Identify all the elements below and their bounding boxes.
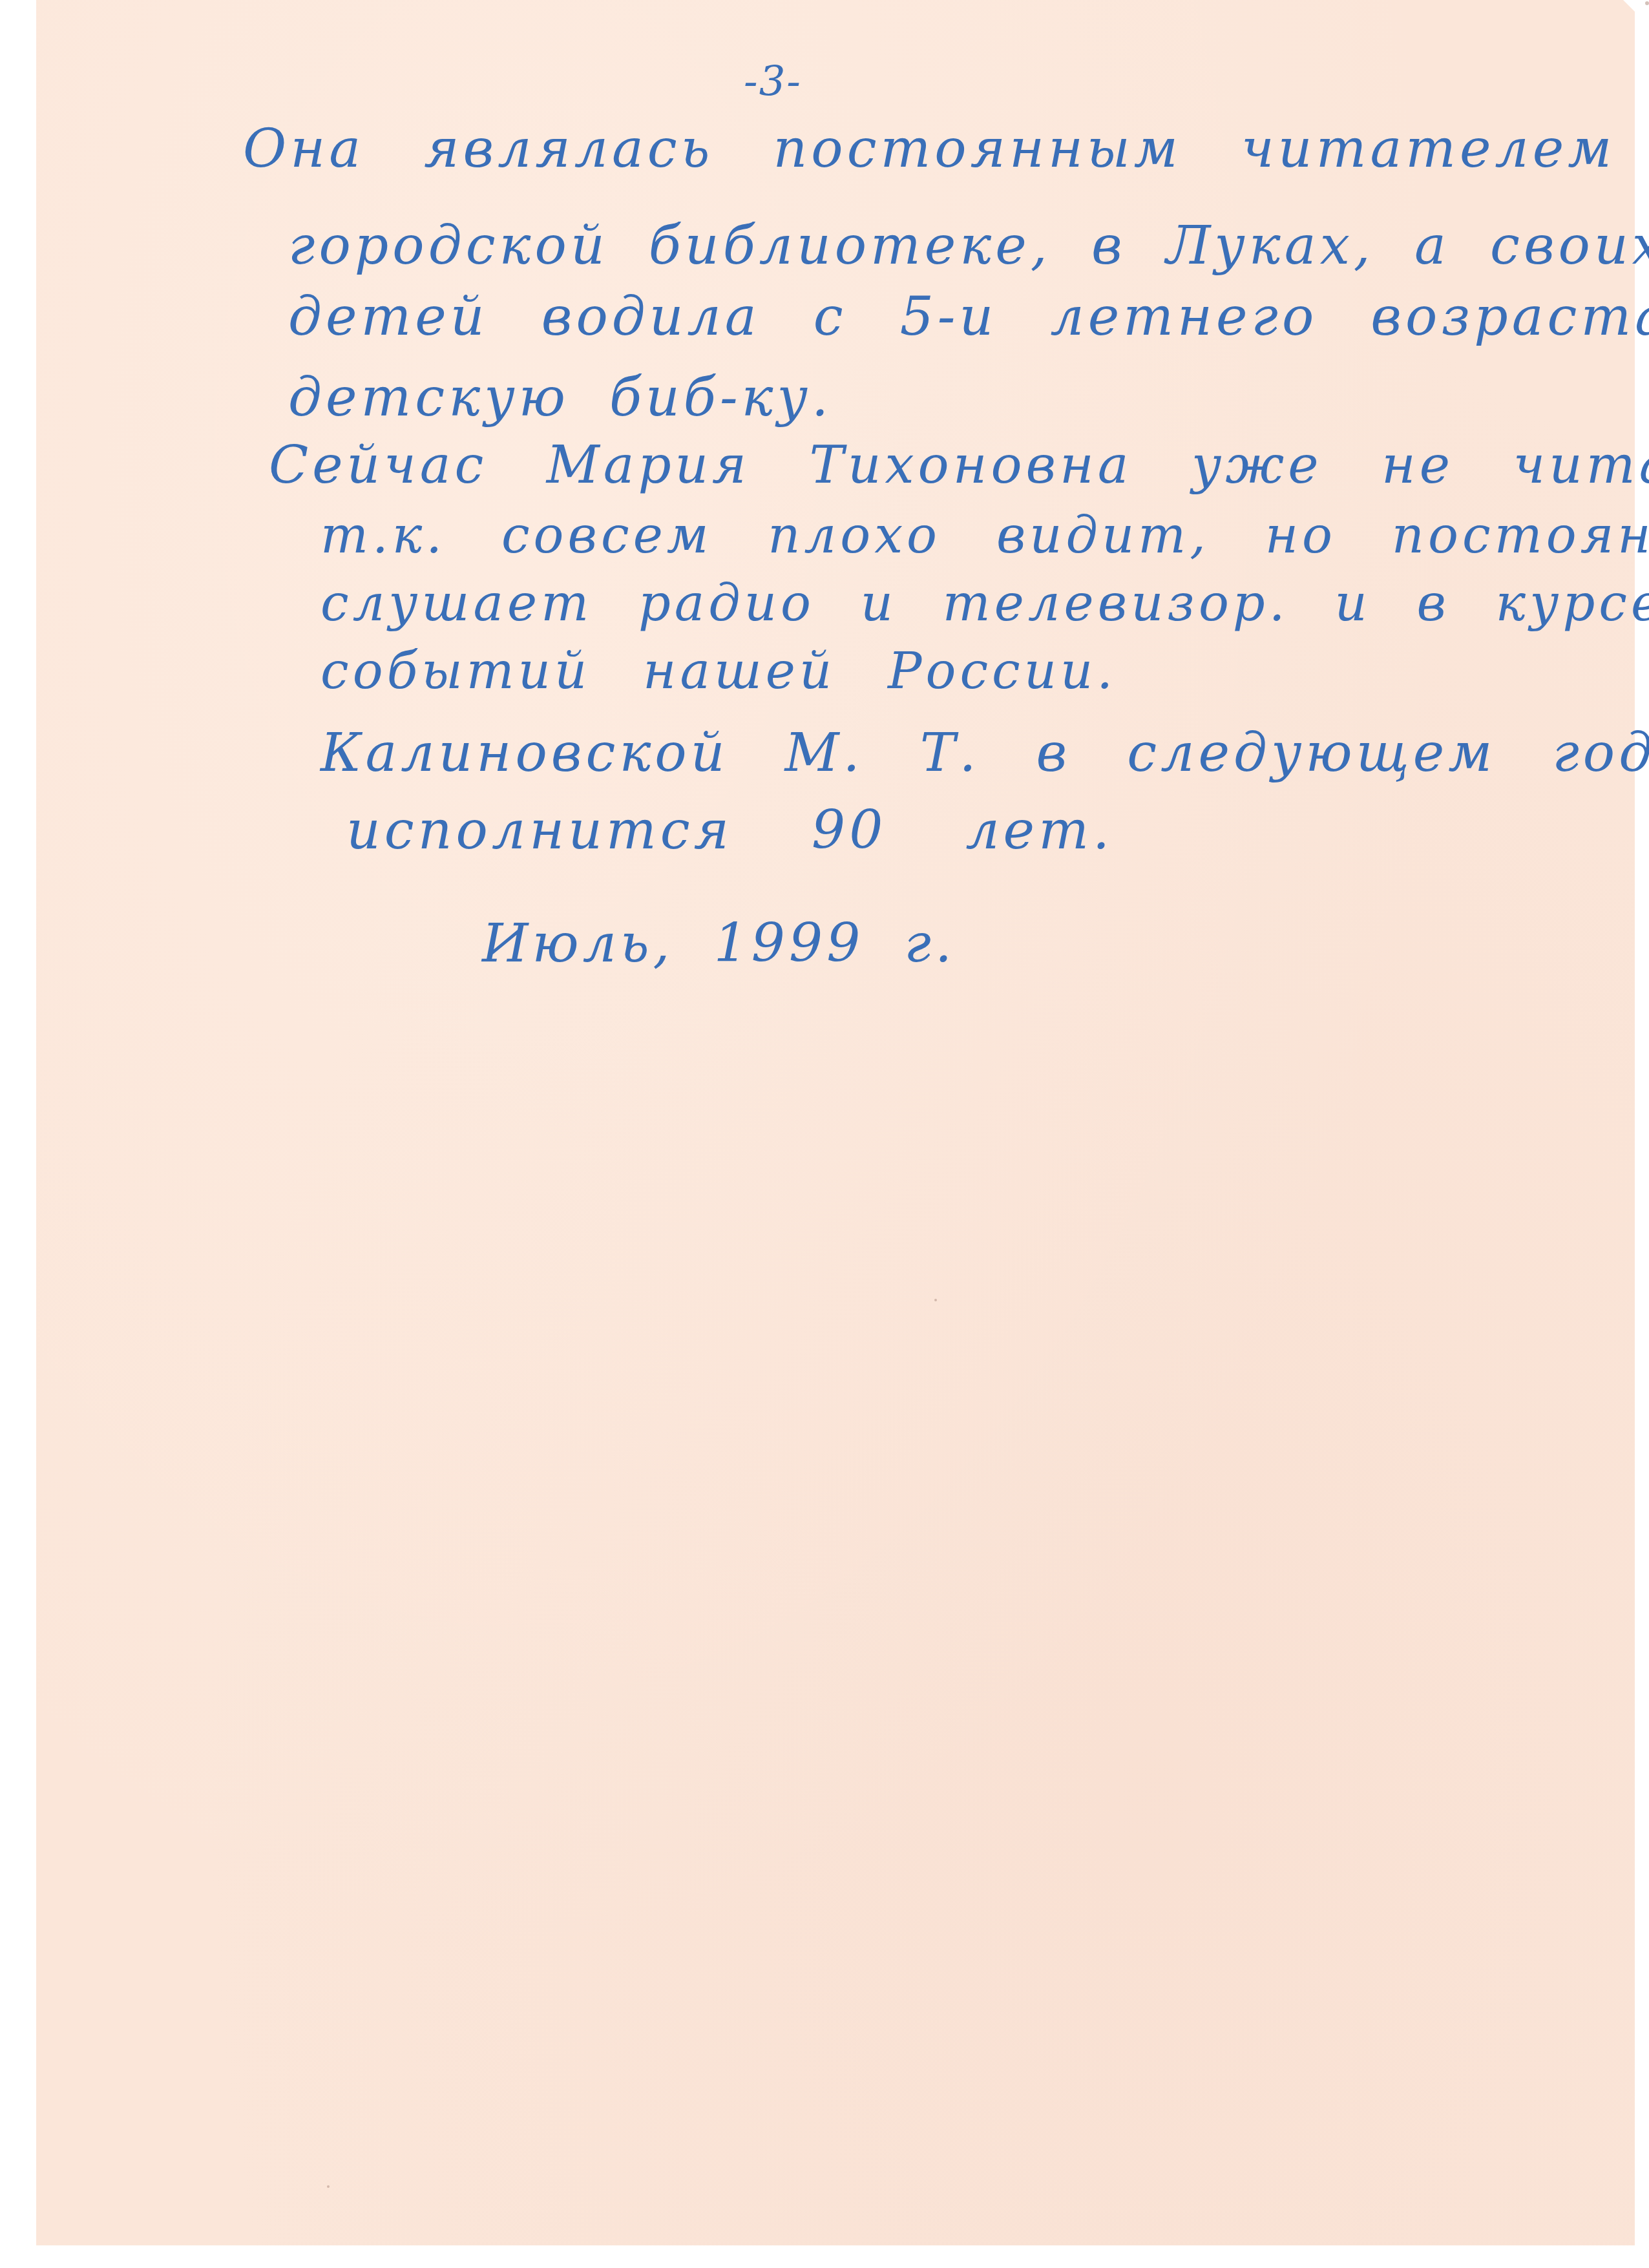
- text-line-7: слушает радио и телевизор. и в курсе: [320, 578, 1649, 629]
- document-date: Июль, 1999 г.: [482, 918, 956, 971]
- text-line-9: Калиновской М. Т. в следующем году: [320, 727, 1649, 780]
- text-line-5: Сейчас Мария Тихоновна уже не читает,: [269, 439, 1649, 491]
- text-line-6: т.к. совсем плохо видит, но постоянно: [320, 510, 1649, 561]
- paper-sheet: -3- Она являлась постоянным читателем в …: [36, 0, 1635, 2245]
- text-line-2: городской библиотеке, в Луках, а своих: [288, 220, 1649, 273]
- text-line-4: детскую биб-ку.: [288, 372, 832, 425]
- text-line-3: детей водила с 5-и летнего возраста в: [288, 291, 1649, 344]
- paper-speck: [327, 2185, 330, 2188]
- text-line-8: событий нашей России.: [320, 646, 1117, 697]
- paper-speck: [934, 1299, 937, 1301]
- corner-fold: [1623, 0, 1635, 12]
- text-line-1: Она являлась постоянным читателем в: [243, 123, 1649, 176]
- paper-speck: [1645, 1, 1649, 5]
- text-line-10: исполнится 90 лет.: [346, 804, 1113, 857]
- page-number: -3-: [744, 61, 802, 103]
